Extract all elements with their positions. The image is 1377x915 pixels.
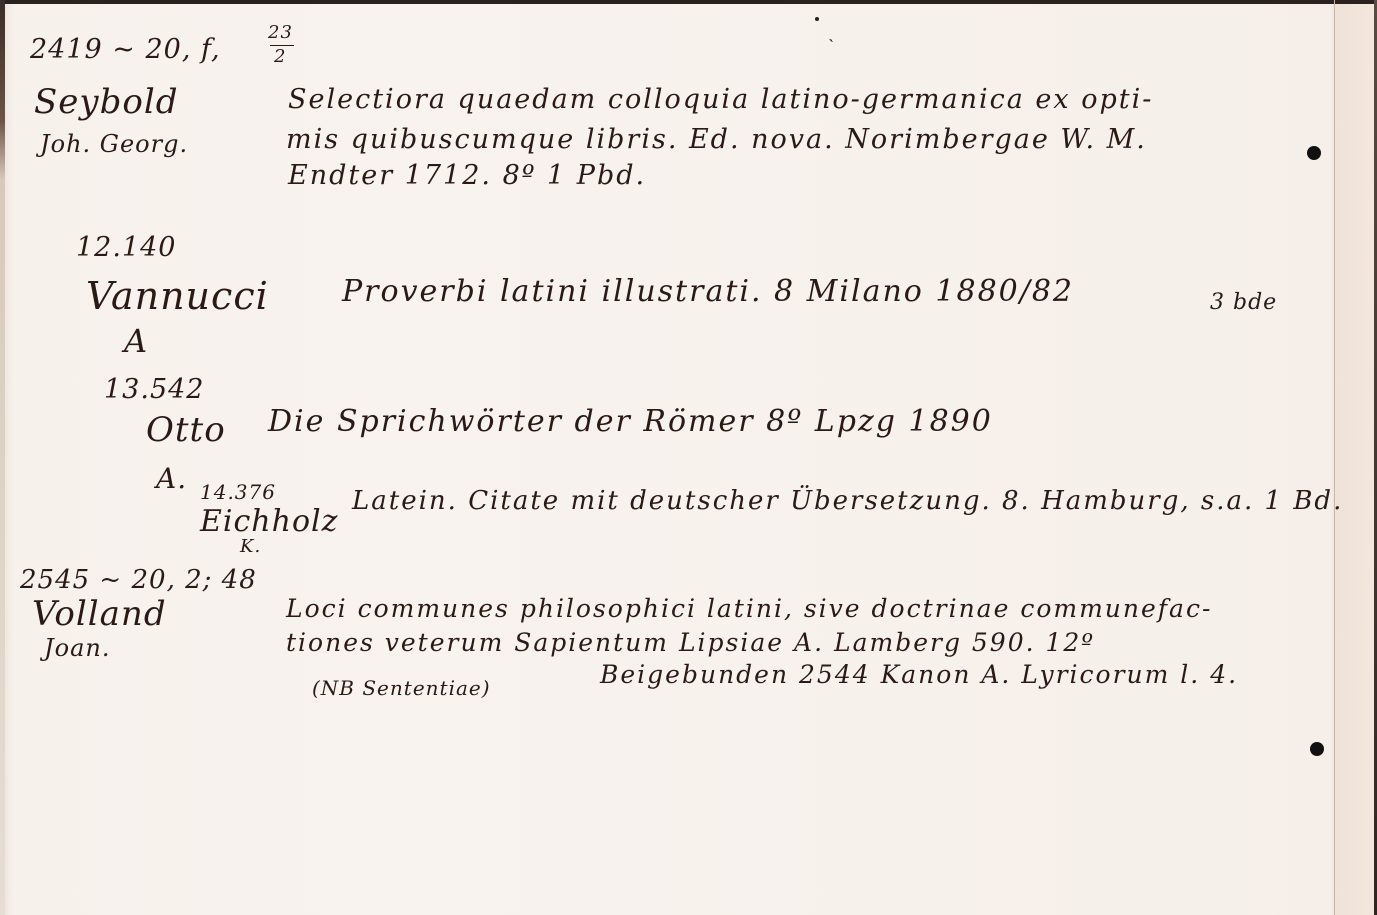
shelf-mark: A (124, 322, 148, 360)
call-number-fraction-bottom: 2 (274, 46, 286, 67)
catalogue-card: ˎ 2419 ~ 20, f, 23 2 Seybold Joh. Georg.… (0, 0, 1377, 915)
title-line-1: Selectiora quaedam colloquia latino-germ… (288, 84, 1153, 115)
title-line-3: Endter 1712. 8º 1 Pbd. (288, 160, 646, 191)
author-surname: Vannucci (86, 274, 269, 318)
title-line-1: Loci communes philosophici latini, sive … (286, 594, 1212, 623)
author-surname: Otto (146, 410, 226, 450)
author-given-name: Joan. (44, 634, 110, 662)
annotation-note: (NB Sententiae) (312, 676, 491, 700)
call-number: 12.140 (76, 232, 176, 263)
punch-hole-bottom (1310, 742, 1324, 756)
card-fold-line (1334, 0, 1335, 915)
title-line-1: Latein. Citate mit deutscher Übersetzung… (352, 486, 1343, 516)
scan-left-edge (0, 0, 5, 915)
title-line-1: Proverbi latini illustrati. 8 Milano 188… (342, 274, 1074, 309)
author-given-name: Joh. Georg. (40, 130, 188, 158)
author-surname: Volland (32, 594, 167, 634)
title-line-1: Die Sprichwörter der Römer 8º Lpzg 1890 (268, 404, 993, 439)
ink-speck (815, 17, 819, 21)
title-line-2: tiones veterum Sapientum Lipsiae A. Lamb… (286, 628, 1095, 657)
title-line-2: mis quibuscumque libris. Ed. nova. Norim… (286, 124, 1147, 155)
top-mark: ˎ (828, 22, 835, 43)
call-number: 14.376 (200, 480, 276, 504)
call-number: 2545 ~ 20, 2; 48 (20, 565, 257, 595)
author-surname: Seybold (34, 82, 179, 122)
scan-top-edge (0, 0, 1377, 4)
call-number: 13.542 (104, 374, 204, 405)
author-given-name: K. (240, 536, 261, 557)
author-surname: Eichholz (200, 504, 338, 539)
title-line-3: Beigebunden 2544 Kanon A. Lyricorum l. 4… (600, 660, 1238, 689)
call-number-fraction-top: 23 (268, 22, 293, 43)
call-number: 2419 ~ 20, f, (30, 34, 221, 65)
volumes-note: 3 bde (1210, 290, 1277, 315)
punch-hole-top (1307, 146, 1321, 160)
shelf-mark: A. (156, 462, 187, 495)
